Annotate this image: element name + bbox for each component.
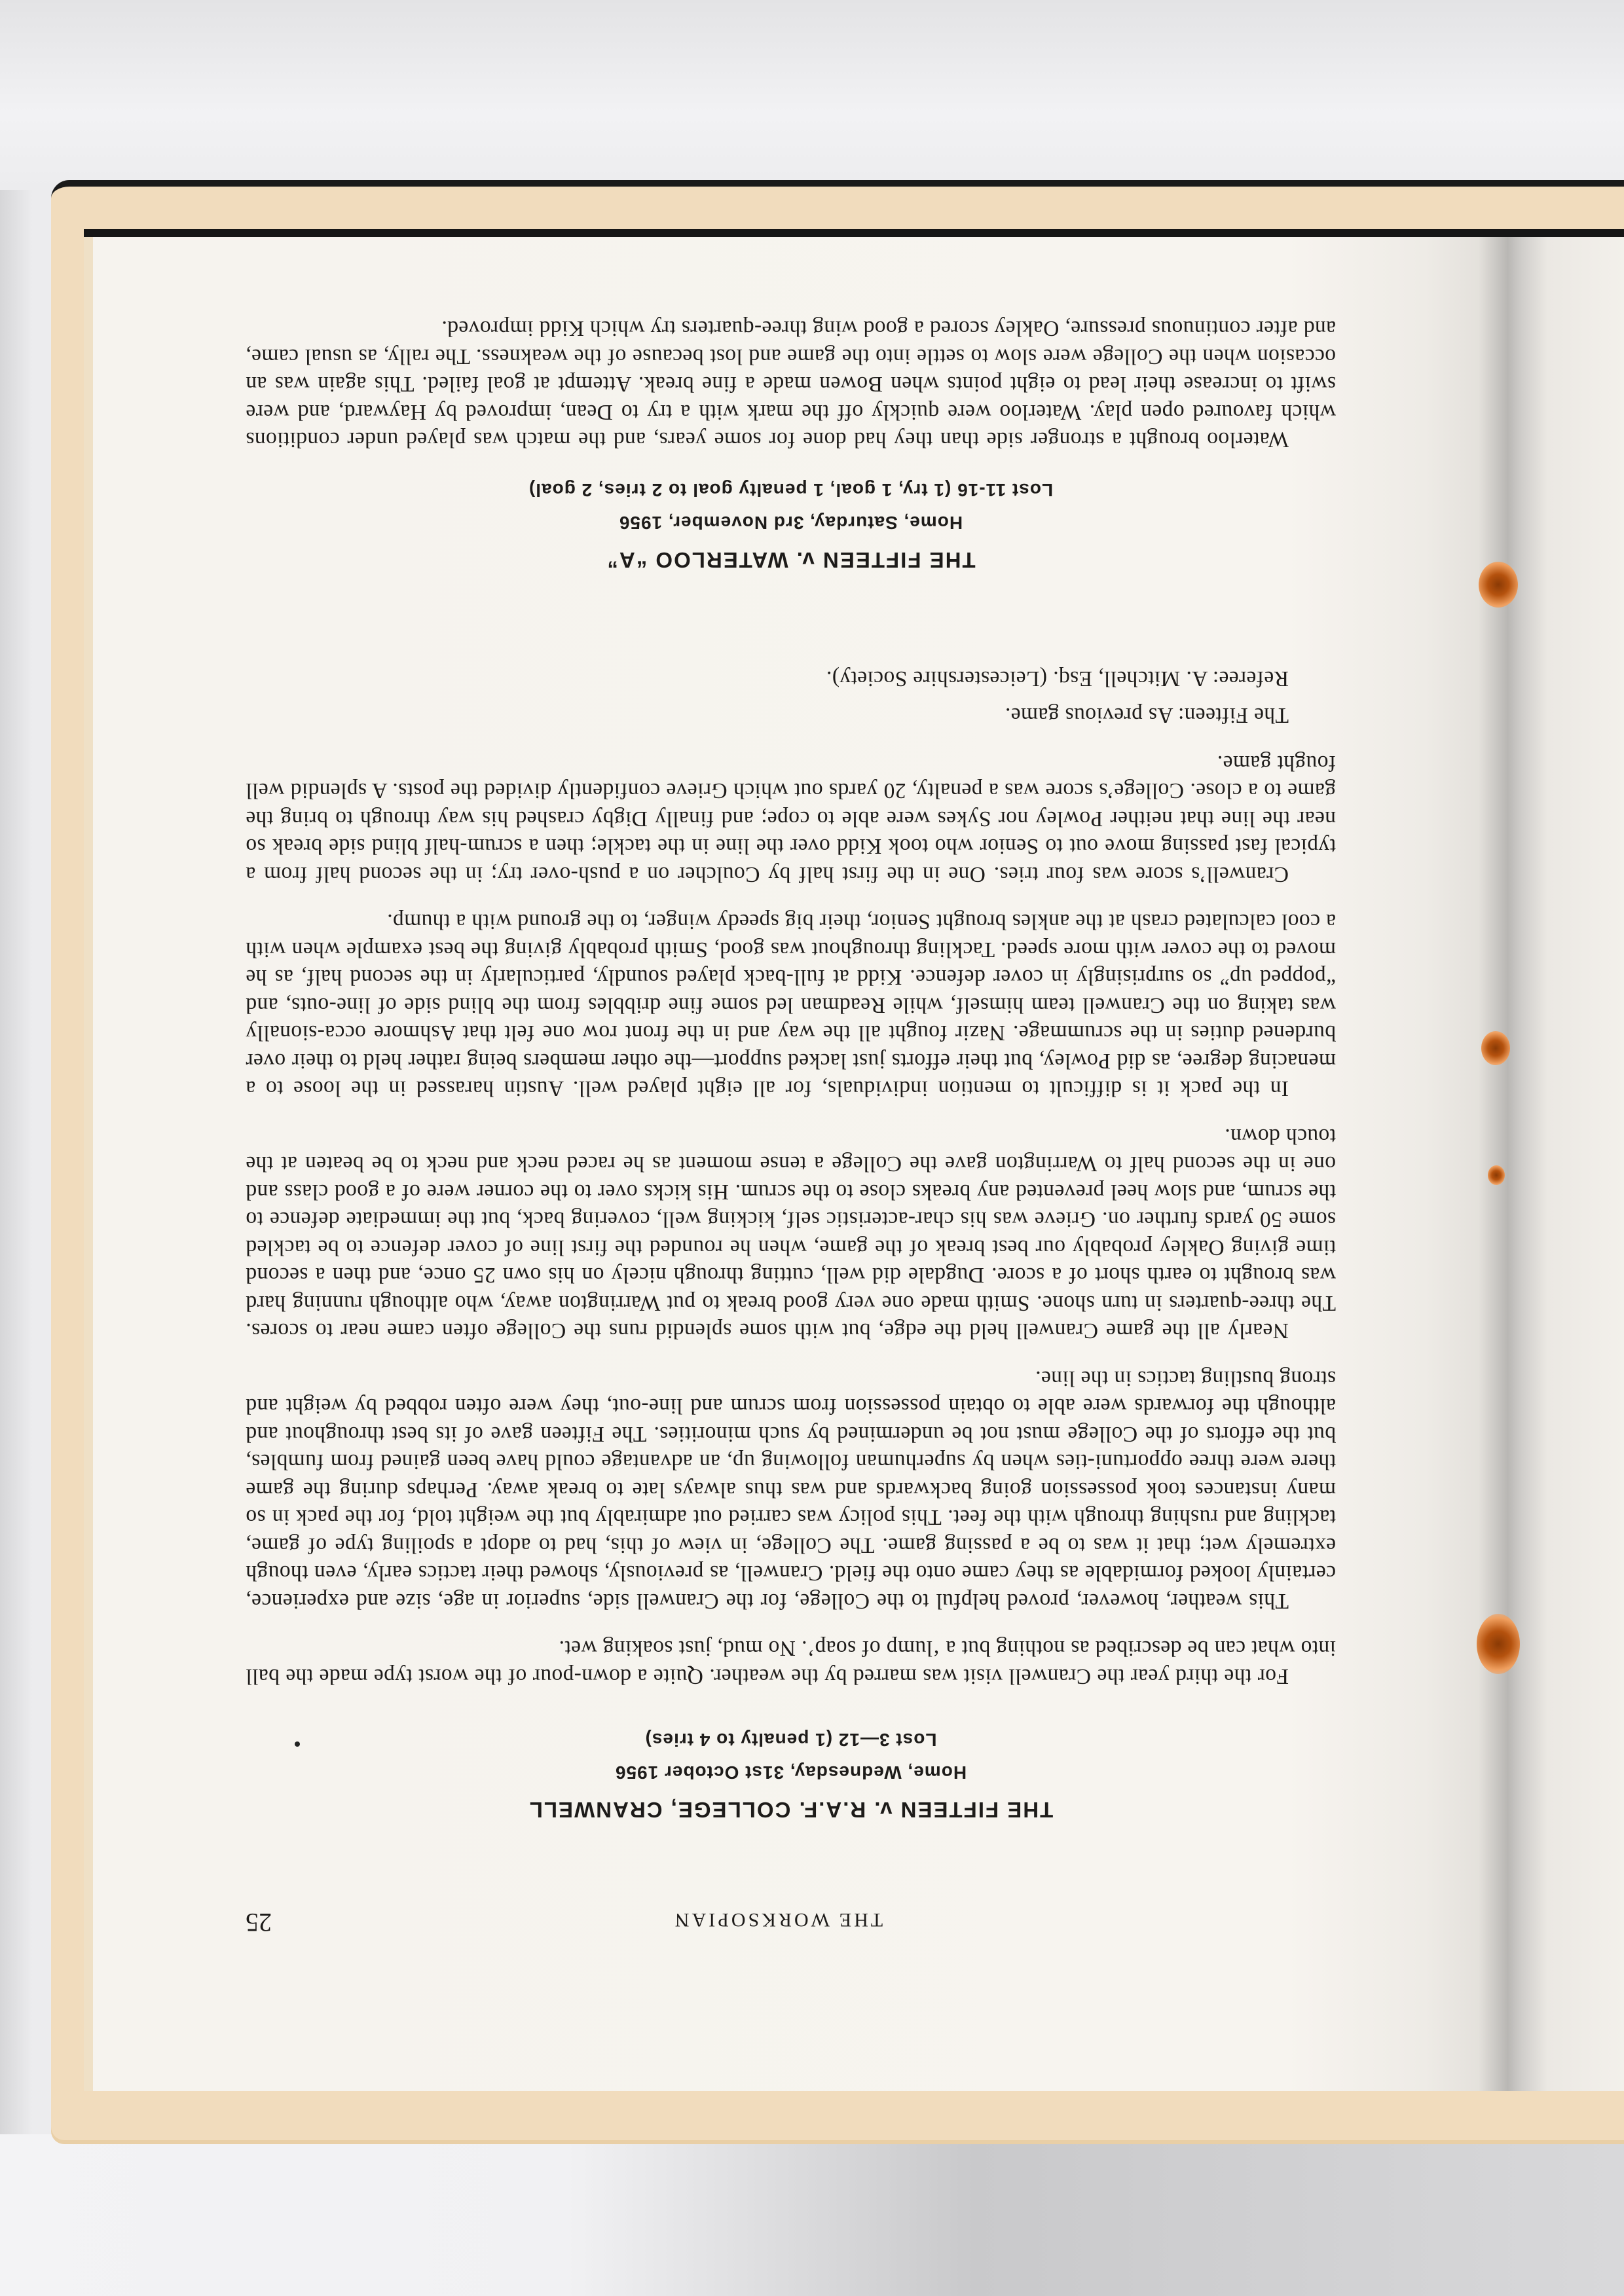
team-line: The Fifteen: As previous game.: [246, 701, 1336, 729]
text-block: THE WORKSOPIAN 25 THE FIFTEEN v. R.A.F. …: [246, 295, 1336, 1938]
running-title: THE WORKSOPIAN: [673, 1908, 883, 1931]
rust-stain-staple: [1477, 1614, 1520, 1674]
report-paragraph: For the third year the Cranwell visit wa…: [246, 1634, 1336, 1690]
match-result: Lost 11-16 (1 try, 1 goal, 1 penalty goa…: [246, 480, 1336, 501]
report-paragraph: Nearly all the game Cranwell held the ed…: [246, 1122, 1336, 1345]
report-paragraph: This weather, however, proved helpful to…: [246, 1364, 1336, 1615]
rust-stain-staple: [1481, 1031, 1510, 1065]
match-result: Lost 3—12 (1 penalty to 4 tries): [246, 1729, 1336, 1750]
match-title: THE FIFTEEN v. R.A.F. COLLEGE, CRANWELL: [246, 1797, 1336, 1822]
match-title: THE FIFTEEN v. WATERLOO “A”: [246, 548, 1336, 573]
scanner-background-bottom: [0, 2134, 1624, 2296]
report-paragraph: In the pack it is difficult to mention i…: [246, 907, 1336, 1102]
rust-stain-staple: [1488, 1165, 1505, 1185]
referee-line: Referee: A. Mitchell, Esq. (Leicestershi…: [246, 665, 1336, 693]
match-report-cranwell: THE FIFTEEN v. R.A.F. COLLEGE, CRANWELL …: [246, 665, 1336, 1823]
report-paragraph: Cranwell’s score was four tries. One in …: [246, 749, 1336, 888]
scanner-background-top: [0, 0, 1624, 190]
page-content-rotated: THE WORKSOPIAN 25 THE FIFTEEN v. R.A.F. …: [92, 236, 1414, 2088]
rust-stain-staple: [1479, 562, 1518, 608]
match-venue-date: Home, Saturday, 3rd November, 1956: [246, 513, 1336, 534]
match-venue-date: Home, Wednesday, 31st October 1956: [246, 1762, 1336, 1783]
page-number: 25: [246, 1907, 272, 1938]
match-report-waterloo: THE FIFTEEN v. WATERLOO “A” Home, Saturd…: [246, 314, 1336, 573]
running-header: THE WORKSOPIAN 25: [246, 1907, 1336, 1938]
report-paragraph: Waterloo brought a stronger side than th…: [246, 314, 1336, 454]
